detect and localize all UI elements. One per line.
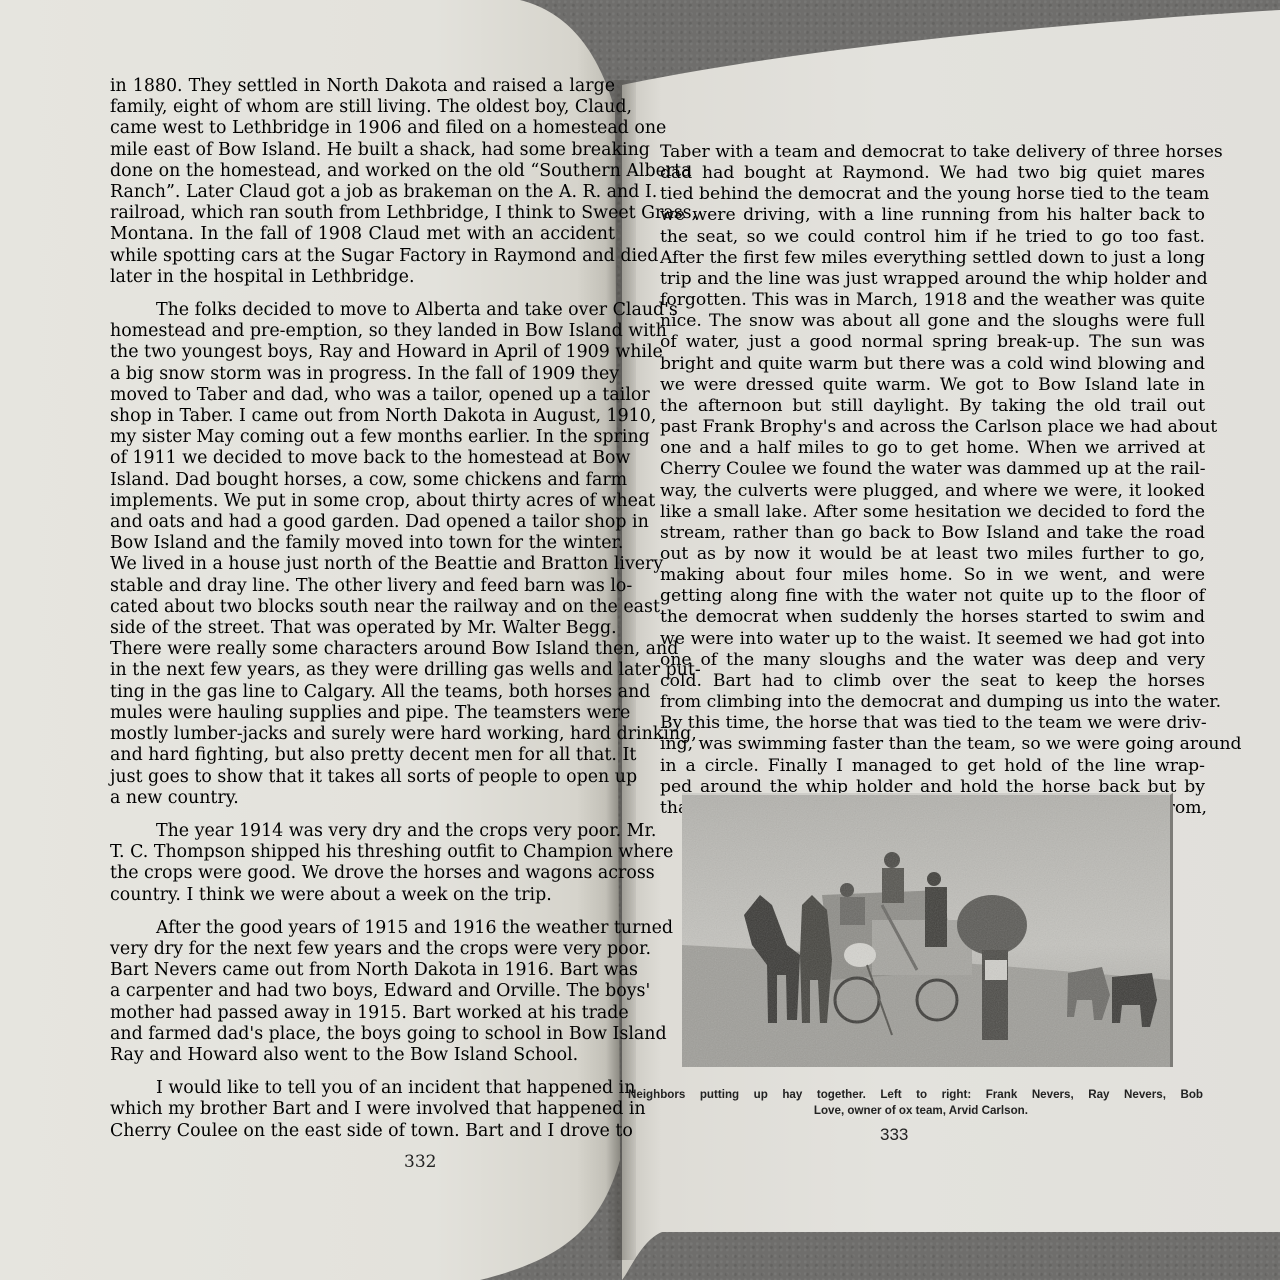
text-line: Bow Island and the family moved into tow… — [110, 533, 615, 554]
haying-photograph — [682, 793, 1173, 1067]
text-line: Bart Nevers came out from North Dakota i… — [110, 960, 615, 981]
text-line: implements. We put in some crop, about t… — [110, 491, 615, 512]
text-line: one of the many sloughs and the water wa… — [660, 650, 1205, 671]
text-line: the two youngest boys, Ray and Howard in… — [110, 342, 615, 363]
text-line: we were into water up to the waist. It s… — [660, 629, 1205, 650]
photo-caption: Neighbors putting up hay together. Left … — [628, 1087, 1203, 1119]
text-line: homestead and pre-emption, so they lande… — [110, 321, 615, 342]
text-line: of 1911 we decided to move back to the h… — [110, 448, 615, 469]
caption-line-1: Neighbors putting up hay together. Left … — [628, 1087, 1203, 1103]
text-line: shop in Taber. I came out from North Dak… — [110, 406, 615, 427]
text-line: the democrat when suddenly the horses st… — [660, 607, 1205, 628]
text-line: and oats and had a good garden. Dad open… — [110, 512, 615, 533]
text-line: mile east of Bow Island. He built a shac… — [110, 140, 615, 161]
text-line: stable and dray line. The other livery a… — [110, 576, 615, 597]
text-line: from climbing into the democrat and dump… — [660, 692, 1205, 713]
text-line: way, the culverts were plugged, and wher… — [660, 481, 1205, 502]
text-line: country. I think we were about a week on… — [110, 885, 615, 906]
text-line: I would like to tell you of an incident … — [110, 1078, 615, 1099]
text-line: Island. Dad bought horses, a cow, some c… — [110, 470, 615, 491]
text-line: cold. Bart had to climb over the seat to… — [660, 671, 1205, 692]
text-line: T. C. Thompson shipped his threshing out… — [110, 842, 615, 863]
text-line: making about four miles home. So in we w… — [660, 565, 1205, 586]
text-line: bright and quite warm but there was a co… — [660, 354, 1205, 375]
page-number-left: 332 — [404, 1152, 436, 1172]
text-line: nice. The snow was about all gone and th… — [660, 311, 1205, 332]
paragraph-gap — [110, 1066, 615, 1078]
photo-image-icon — [682, 795, 1170, 1067]
text-line: dad had bought at Raymond. We had two bi… — [660, 163, 1205, 184]
text-line: one and a half miles to go to get home. … — [660, 438, 1205, 459]
text-line: and farmed dad's place, the boys going t… — [110, 1024, 615, 1045]
text-line: side of the street. That was operated by… — [110, 618, 615, 639]
text-line: We lived in a house just north of the Be… — [110, 554, 615, 575]
text-line: my sister May coming out a few months ea… — [110, 427, 615, 448]
text-line: very dry for the next few years and the … — [110, 939, 615, 960]
text-line: past Frank Brophy's and across the Carls… — [660, 417, 1205, 438]
text-line: in a circle. Finally I managed to get ho… — [660, 756, 1205, 777]
text-line: and hard fighting, but also pretty decen… — [110, 745, 615, 766]
text-line: mother had passed away in 1915. Bart wor… — [110, 1003, 615, 1024]
text-line: By this time, the horse that was tied to… — [660, 713, 1205, 734]
text-line: the afternoon but still daylight. By tak… — [660, 396, 1205, 417]
paragraph-gap — [110, 906, 615, 918]
text-line: railroad, which ran south from Lethbridg… — [110, 203, 615, 224]
text-line: After the first few miles everything set… — [660, 248, 1205, 269]
text-line: a carpenter and had two boys, Edward and… — [110, 981, 615, 1002]
text-line: The folks decided to move to Alberta and… — [110, 300, 615, 321]
text-line: while spotting cars at the Sugar Factory… — [110, 246, 615, 267]
text-line: family, eight of whom are still living. … — [110, 97, 615, 118]
text-line: Cherry Coulee on the east side of town. … — [110, 1121, 615, 1142]
text-line: just goes to show that it takes all sort… — [110, 767, 615, 788]
text-line: cated about two blocks south near the ra… — [110, 597, 615, 618]
right-page-text: Taber with a team and democrat to take d… — [660, 142, 1205, 819]
text-line: forgotten. This was in March, 1918 and t… — [660, 290, 1205, 311]
text-line: like a small lake. After some hesitation… — [660, 502, 1205, 523]
paragraph-gap — [110, 288, 615, 300]
text-line: getting along fine with the water not qu… — [660, 586, 1205, 607]
text-line: we were driving, with a line running fro… — [660, 205, 1205, 226]
text-line: ing, was swimming faster than the team, … — [660, 734, 1205, 755]
text-line: Taber with a team and democrat to take d… — [660, 142, 1205, 163]
text-line: a big snow storm was in progress. In the… — [110, 364, 615, 385]
caption-line-2: Love, owner of ox team, Arvid Carlson. — [628, 1103, 1203, 1119]
text-line: There were really some characters around… — [110, 639, 615, 660]
text-line: which my brother Bart and I were involve… — [110, 1099, 615, 1120]
text-line: later in the hospital in Lethbridge. — [110, 267, 615, 288]
text-line: we were dressed quite warm. We got to Bo… — [660, 375, 1205, 396]
left-page-text: in 1880. They settled in North Dakota an… — [110, 76, 615, 1142]
text-line: mostly lumber-jacks and surely were hard… — [110, 724, 615, 745]
text-line: Ray and Howard also went to the Bow Isla… — [110, 1045, 615, 1066]
text-line: done on the homestead, and worked on the… — [110, 161, 615, 182]
text-line: came west to Lethbridge in 1906 and file… — [110, 118, 615, 139]
paragraph-gap — [110, 809, 615, 821]
text-line: Montana. In the fall of 1908 Claud met w… — [110, 224, 615, 245]
text-line: in the next few years, as they were dril… — [110, 660, 615, 681]
text-line: in 1880. They settled in North Dakota an… — [110, 76, 615, 97]
text-line: mules were hauling supplies and pipe. Th… — [110, 703, 615, 724]
text-line: moved to Taber and dad, who was a tailor… — [110, 385, 615, 406]
text-line: of water, just a good normal spring brea… — [660, 332, 1205, 353]
text-line: The year 1914 was very dry and the crops… — [110, 821, 615, 842]
text-line: the crops were good. We drove the horses… — [110, 863, 615, 884]
text-line: Ranch”. Later Claud got a job as brakema… — [110, 182, 615, 203]
page-number-right: 333 — [880, 1125, 908, 1145]
text-line: After the good years of 1915 and 1916 th… — [110, 918, 615, 939]
text-line: ting in the gas line to Calgary. All the… — [110, 682, 615, 703]
text-line: out as by now it would be at least two m… — [660, 544, 1205, 565]
text-line: Cherry Coulee we found the water was dam… — [660, 459, 1205, 480]
text-line: trip and the line was just wrapped aroun… — [660, 269, 1205, 290]
text-line: stream, rather than go back to Bow Islan… — [660, 523, 1205, 544]
text-line: a new country. — [110, 788, 615, 809]
text-line: tied behind the democrat and the young h… — [660, 184, 1205, 205]
text-line: the seat, so we could control him if he … — [660, 227, 1205, 248]
